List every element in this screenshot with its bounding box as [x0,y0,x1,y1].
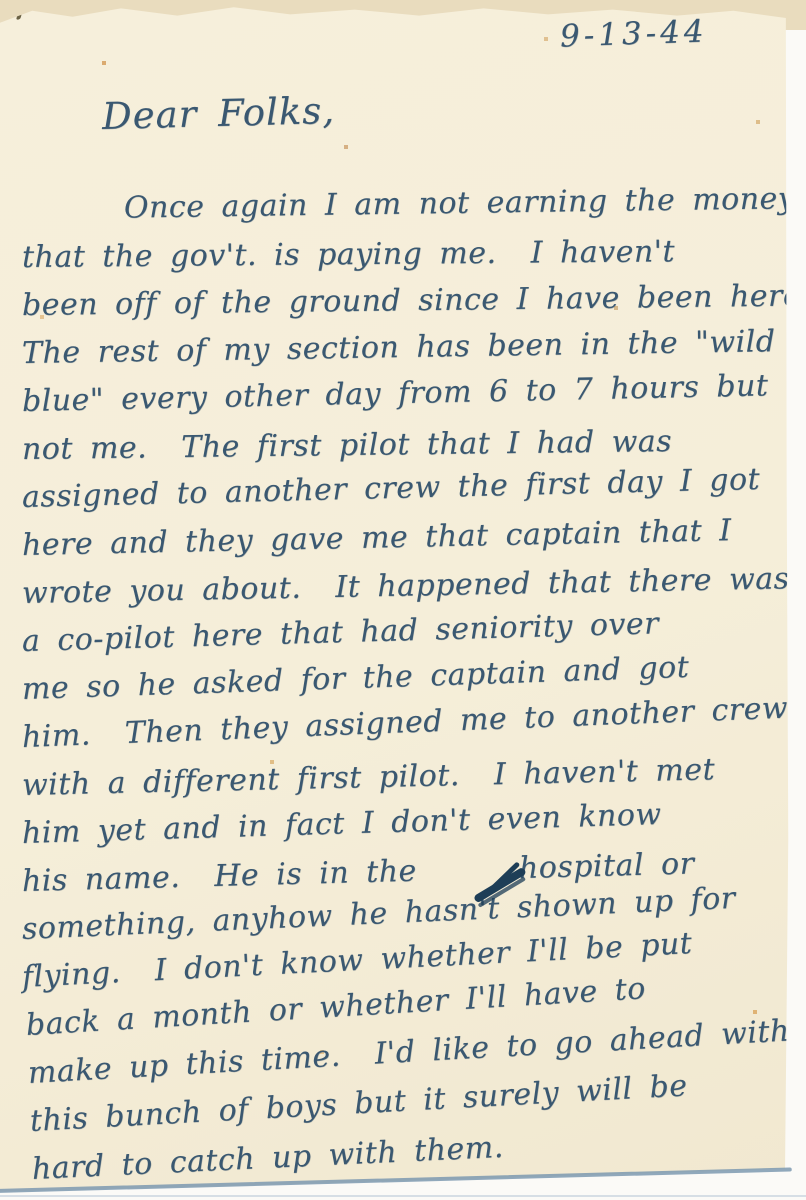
letter-body: Once again I am not earning the moneytha… [22,186,792,1194]
ink-scribble [467,862,536,910]
backing-sheet-edge [0,1195,806,1197]
letter-line: Once again I am not earning the money [22,175,793,234]
letter-date: 9-13-44 [559,13,708,54]
letter-salutation: Dear Folks, [101,89,335,138]
scanned-letter-page: 9-13-44 Dear Folks, Once again I am not … [0,0,806,1200]
letter-paper: 9-13-44 Dear Folks, Once again I am not … [0,0,806,1200]
